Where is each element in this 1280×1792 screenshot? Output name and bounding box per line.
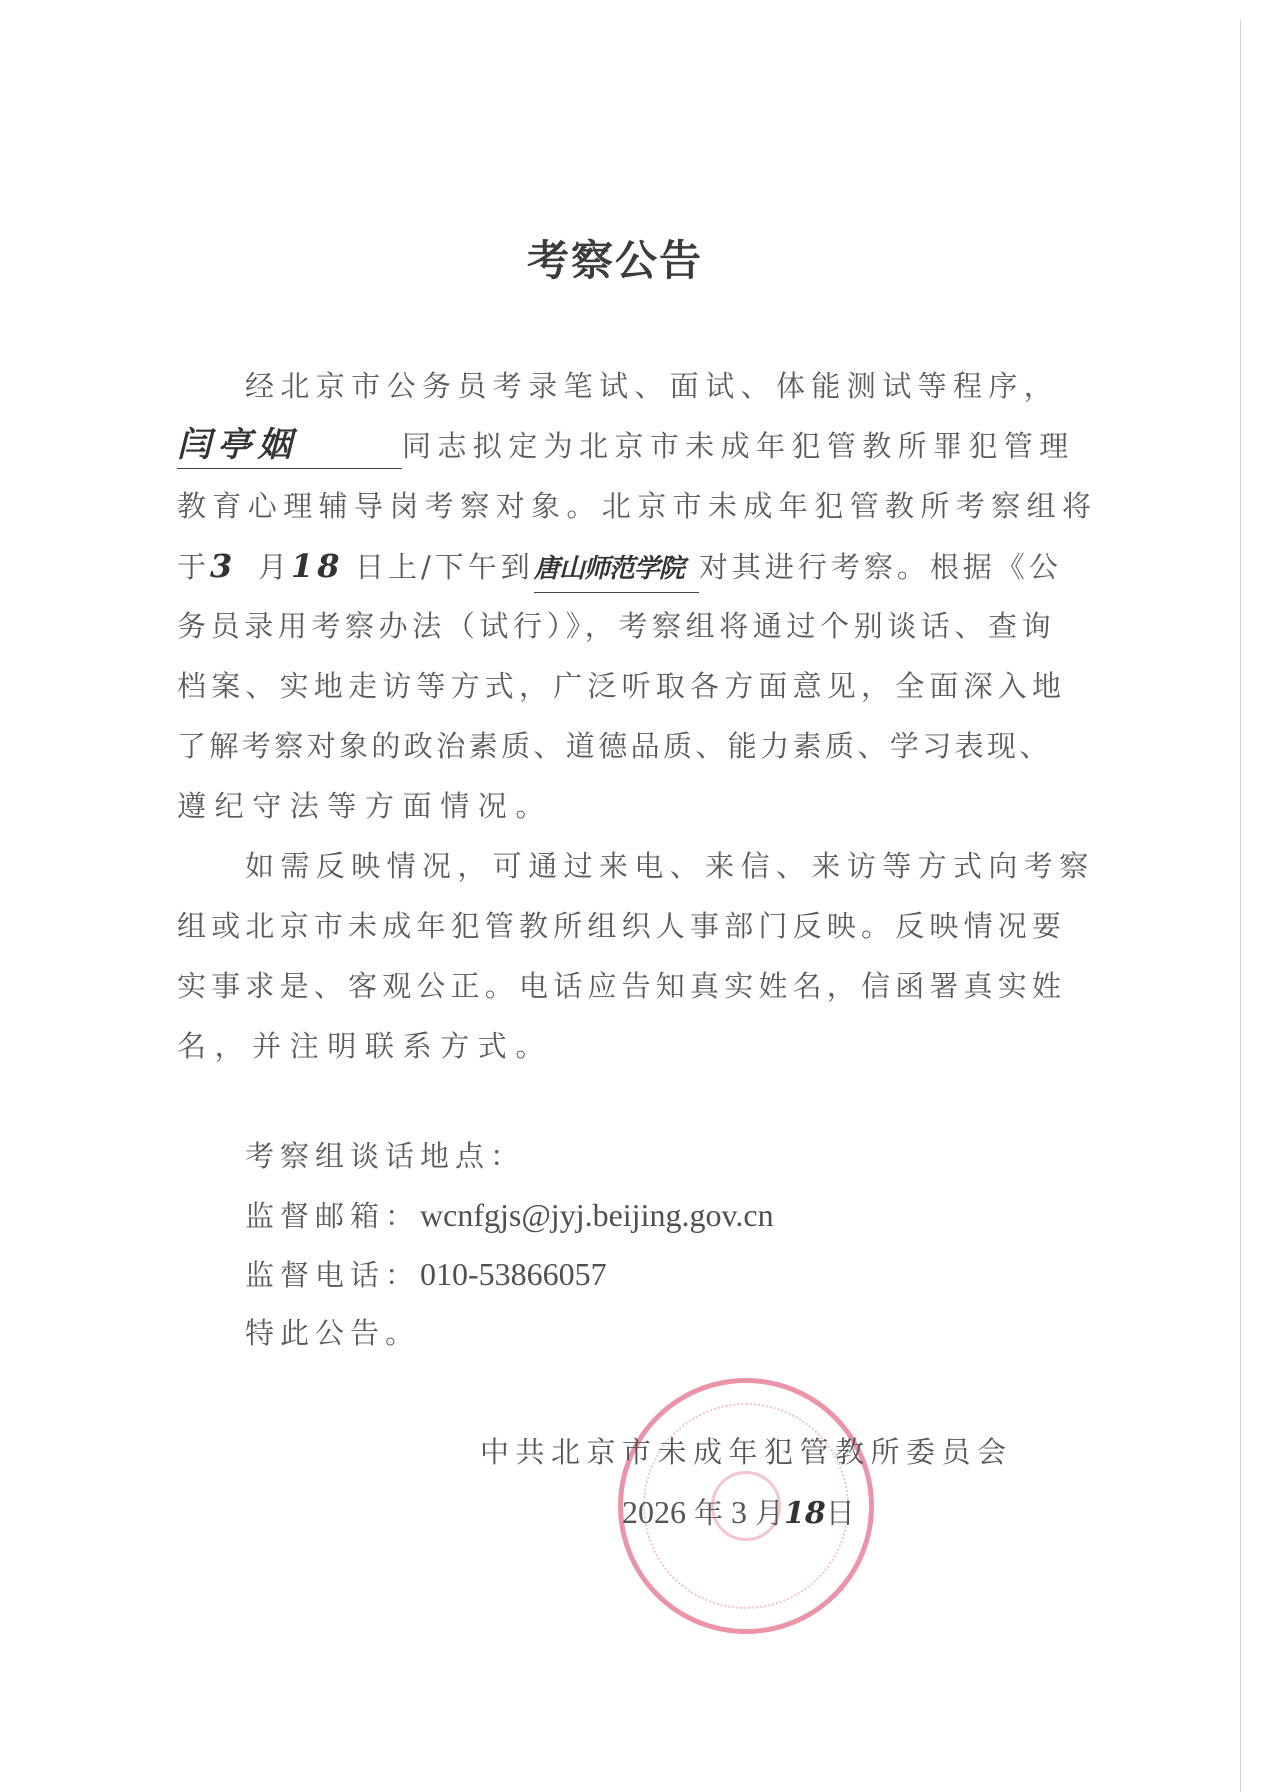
paragraph2-line2: 组或北京市未成年犯管教所组织人事部门反映。反映情况要 — [177, 896, 1057, 956]
line4-mid: 日上/下午到 — [355, 550, 534, 584]
date-day-label: 日 — [826, 1496, 855, 1530]
issue-date: 2026 年 3 月18日 — [622, 1482, 855, 1542]
date-year-label: 年 — [694, 1496, 723, 1530]
month-label: 月 — [258, 550, 291, 584]
document-title: 考察公告 — [0, 228, 1230, 288]
paragraph1-line1: 经北京市公务员考录笔试、面试、体能测试等程序， — [245, 356, 1057, 416]
date-year: 2026 — [622, 1494, 686, 1530]
candidate-name-field: 闫亭姻 — [177, 422, 402, 469]
location-field: 唐山师范学院 — [534, 546, 699, 593]
page-edge-line — [1240, 20, 1241, 1792]
phone-label: 监督电话： — [245, 1258, 420, 1292]
supervision-email-link[interactable]: wcnfgjs@jyj.beijing.gov.cn — [420, 1197, 774, 1233]
paragraph1-line8: 遵纪守法等方面情况。 — [177, 776, 1057, 836]
paragraph1-line3: 教育心理辅导岗考察对象。北京市未成年犯管教所考察组将 — [177, 476, 1057, 536]
paragraph1-line2: 闫亭姻同志拟定为北京市未成年犯管教所罪犯管理 — [177, 416, 1057, 476]
date-month: 3 — [731, 1494, 747, 1530]
paragraph1-line4: 于3月18日上/下午到唐山师范学院对其进行考察。根据《公 — [177, 536, 1057, 596]
paragraph1-line7: 了解考察对象的政治素质、道德品质、能力素质、学习表现、 — [177, 716, 1057, 776]
email-label: 监督邮箱： — [245, 1199, 420, 1233]
closing-text: 特此公告。 — [245, 1304, 420, 1363]
interview-location-label: 考察组谈话地点： — [245, 1127, 525, 1186]
candidate-name-handwritten: 闫亭姻 — [177, 425, 298, 465]
paragraph1-line2-text: 同志拟定为北京市未成年犯管教所罪犯管理 — [402, 429, 1075, 463]
paragraph2-line4: 名，并注明联系方式。 — [177, 1016, 1057, 1076]
paragraph2-line1: 如需反映情况，可通过来电、来信、来访等方式向考察 — [245, 836, 1057, 896]
date-month-label: 月 — [755, 1496, 784, 1530]
issuing-organization: 中共北京市未成年犯管教所委员会 — [480, 1422, 1013, 1482]
supervision-phone-row: 监督电话：010-53866057 — [245, 1245, 607, 1304]
location-handwritten: 唐山师范学院 — [534, 554, 684, 584]
month-handwritten: 3 — [210, 536, 258, 596]
day-handwritten: 18 — [291, 536, 355, 596]
paragraph1-line6: 档案、实地走访等方式，广泛听取各方面意见，全面深入地 — [177, 656, 1057, 716]
paragraph1-line5: 务员录用考察办法（试行）》，考察组将通过个别谈话、查询 — [177, 596, 1057, 656]
line4-prefix: 于 — [177, 550, 210, 584]
supervision-email-row: 监督邮箱：wcnfgjs@jyj.beijing.gov.cn — [245, 1186, 774, 1245]
paragraph2-line3: 实事求是、客观公正。电话应告知真实姓名，信函署真实姓 — [177, 956, 1057, 1016]
supervision-phone: 010-53866057 — [420, 1256, 607, 1292]
date-day-handwritten: 18 — [784, 1496, 826, 1531]
line4-rest: 对其进行考察。根据《公 — [699, 550, 1062, 584]
